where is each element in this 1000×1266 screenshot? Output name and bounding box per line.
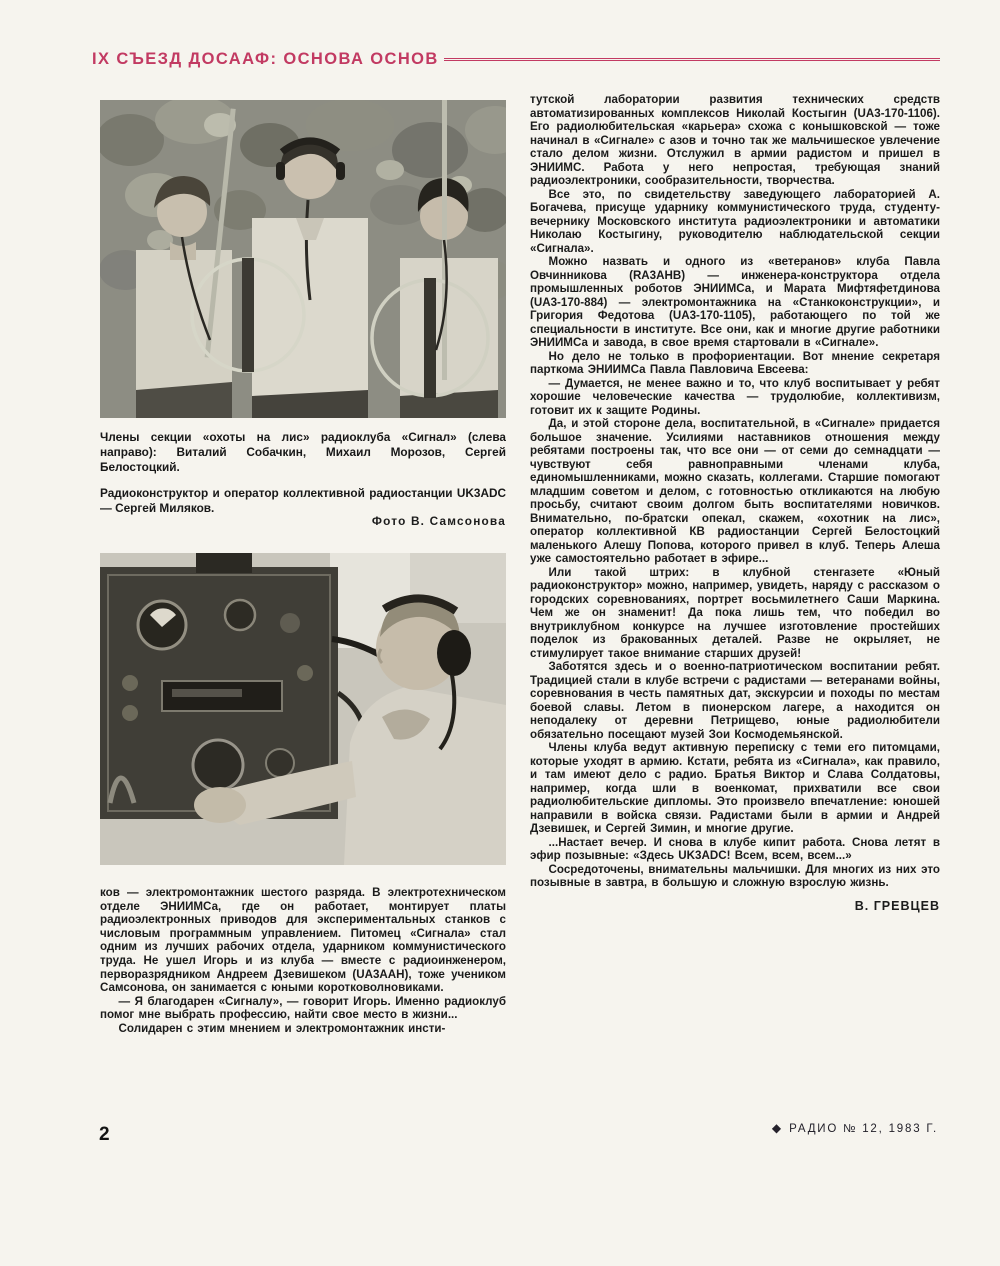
photo-radio-operator (100, 553, 506, 865)
body-paragraph: Заботятся здесь и о военно-патриотическо… (530, 660, 940, 741)
header-rule (444, 58, 940, 61)
body-paragraph: Можно назвать и одного из «ветеранов» кл… (530, 255, 940, 350)
journal-reference-text: РАДИО № 12, 1983 Г. (789, 1123, 938, 1135)
photo-fox-hunters (100, 100, 506, 418)
body-paragraph: ...Настает вечер. И снова в клубе кипит … (530, 836, 940, 863)
diamond-icon: ◆ (772, 1121, 781, 1135)
magazine-page: IX СЪЕЗД ДОСААФ: ОСНОВА ОСНОВ (0, 0, 1000, 1266)
body-paragraph: Или такой штрих: в клубной стенгазете «Ю… (530, 566, 940, 661)
body-paragraph: — Думается, не менее важно и то, что клу… (530, 377, 940, 418)
left-column: Члены секции «охоты на лис» радиоклуба «… (100, 100, 506, 1120)
body-paragraph: тутской лаборатории развития технических… (530, 93, 940, 188)
body-paragraph: ков — электромонтажник шестого разряда. … (100, 886, 506, 995)
article-author: В. ГРЕВЦЕВ (530, 899, 940, 913)
right-column: тутской лаборатории развития технических… (530, 93, 940, 1133)
body-paragraph: Члены клуба ведут активную переписку с т… (530, 741, 940, 836)
journal-reference: ◆РАДИО № 12, 1983 Г. (772, 1121, 938, 1135)
body-paragraph: Солидарен с этим мнением и электромонтаж… (100, 1022, 506, 1036)
photo-credit: Фото В. Самсонова (100, 514, 506, 528)
photo-radio-operator-illustration (100, 553, 506, 865)
page-number: 2 (99, 1124, 110, 1146)
body-paragraph: Да, и этой стороне дела, воспитательной,… (530, 417, 940, 566)
body-paragraph: — Я благодарен «Сигналу», — говорит Игор… (100, 995, 506, 1022)
photo-fox-hunters-illustration (100, 100, 506, 418)
body-paragraph: Но дело не только в профориентации. Вот … (530, 350, 940, 377)
section-title: IX СЪЕЗД ДОСААФ: ОСНОВА ОСНОВ (92, 50, 439, 69)
photo-caption-fox-hunters: Члены секции «охоты на лис» радиоклуба «… (100, 430, 506, 475)
section-header: IX СЪЕЗД ДОСААФ: ОСНОВА ОСНОВ (92, 50, 940, 76)
body-paragraph: Сосредоточены, внимательны мальчишки. Дл… (530, 863, 940, 890)
photo-caption-operator: Радиоконструктор и оператор коллективной… (100, 486, 506, 516)
left-column-text: ков — электромонтажник шестого разряда. … (100, 886, 506, 1036)
body-paragraph: Все это, по свидетельству заведующего ла… (530, 188, 940, 256)
